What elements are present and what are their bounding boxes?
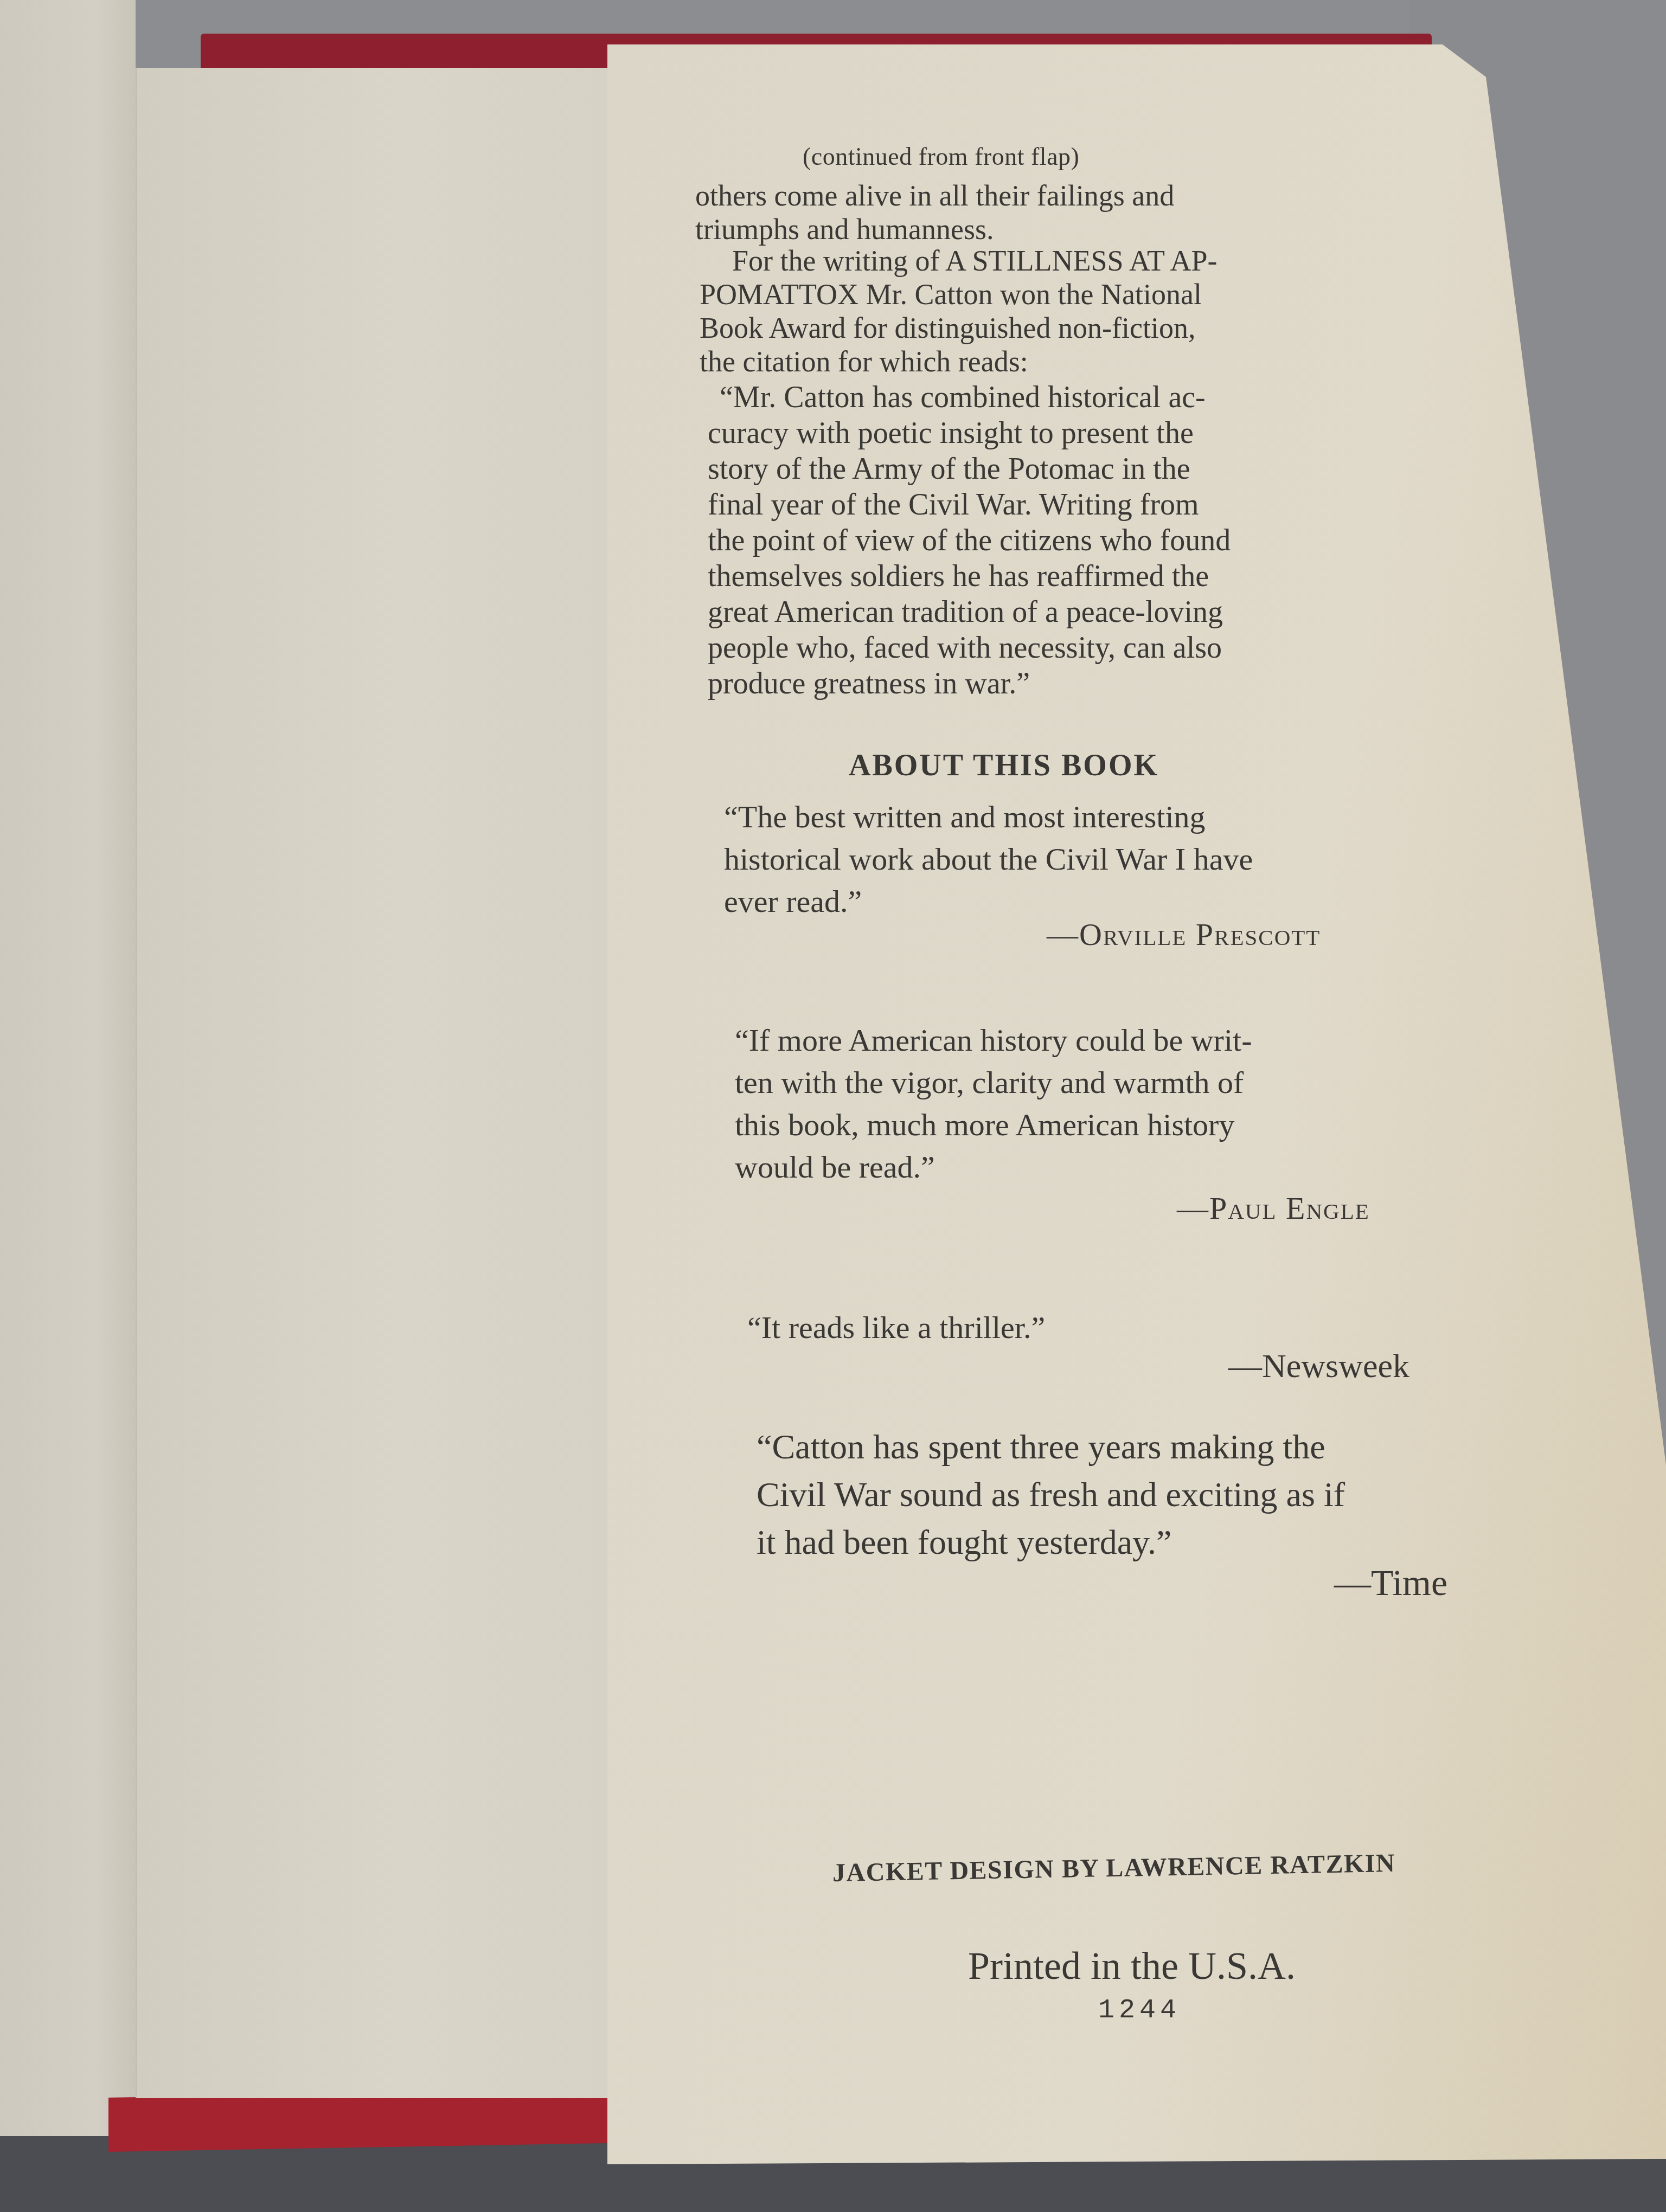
text-line: story of the Army of the Potomac in the bbox=[708, 451, 1331, 487]
text-line: ten with the vigor, clarity and warmth o… bbox=[735, 1062, 1252, 1104]
review-quote: “Catton has spent three years making the… bbox=[757, 1423, 1345, 1566]
review-attribution: —Paul Engle bbox=[1177, 1190, 1370, 1226]
review-attribution: —Newsweek bbox=[1228, 1347, 1409, 1386]
text-line: produce greatness in war.” bbox=[708, 666, 1331, 702]
text-line: the point of view of the citizens who fo… bbox=[708, 523, 1331, 558]
section-heading: ABOUT THIS BOOK bbox=[849, 748, 1159, 783]
pastedown-page bbox=[136, 68, 666, 2098]
text-line: others come alive in all their failings … bbox=[695, 179, 1319, 213]
text-line: “It reads like a thriller.” bbox=[747, 1307, 1045, 1349]
review-quote: “If more American history could be writ-… bbox=[735, 1019, 1252, 1188]
endpaper-left bbox=[0, 0, 136, 2136]
print-code: 1244 bbox=[1098, 1995, 1181, 2026]
continued-note: (continued from front flap) bbox=[803, 142, 1079, 171]
text-line: “Catton has spent three years making the bbox=[757, 1423, 1345, 1471]
text-line: the citation for which reads: bbox=[700, 345, 1323, 378]
review-attribution: —Time bbox=[1334, 1561, 1447, 1604]
text-line: For the writing of A STILLNESS AT AP- bbox=[700, 244, 1323, 278]
text-line: final year of the Civil War. Writing fro… bbox=[708, 487, 1331, 523]
text-line: triumphs and humanness. bbox=[695, 213, 1319, 246]
review-quote: “The best written and most interesting h… bbox=[724, 796, 1253, 923]
review-attribution: —Orville Prescott bbox=[1047, 916, 1321, 953]
text-line: “The best written and most interesting bbox=[724, 796, 1253, 838]
award-citation: “Mr. Catton has combined historical ac- … bbox=[708, 380, 1331, 702]
text-line: it had been fought yesterday.” bbox=[757, 1519, 1345, 1566]
text-line: historical work about the Civil War I ha… bbox=[724, 838, 1253, 880]
text-line: would be read.” bbox=[735, 1146, 1252, 1188]
text-line: “If more American history could be writ- bbox=[735, 1019, 1252, 1062]
review-quote: “It reads like a thriller.” bbox=[747, 1307, 1045, 1349]
intro-paragraph: others come alive in all their failings … bbox=[695, 179, 1319, 246]
printed-in-usa: Printed in the U.S.A. bbox=[968, 1944, 1296, 1989]
text-line: this book, much more American history bbox=[735, 1104, 1252, 1146]
text-line: Civil War sound as fresh and exciting as… bbox=[757, 1471, 1345, 1519]
text-line: “Mr. Catton has combined historical ac- bbox=[708, 380, 1331, 415]
award-paragraph: For the writing of A STILLNESS AT AP- PO… bbox=[700, 244, 1323, 378]
text-line: Book Award for distinguished non-fiction… bbox=[700, 311, 1323, 345]
text-line: POMATTOX Mr. Catton won the National bbox=[700, 278, 1323, 311]
text-line: people who, faced with necessity, can al… bbox=[708, 630, 1331, 666]
text-line: great American tradition of a peace-lovi… bbox=[708, 594, 1331, 630]
text-line: curacy with poetic insight to present th… bbox=[708, 415, 1331, 451]
text-line: themselves soldiers he has reaffirmed th… bbox=[708, 558, 1331, 594]
